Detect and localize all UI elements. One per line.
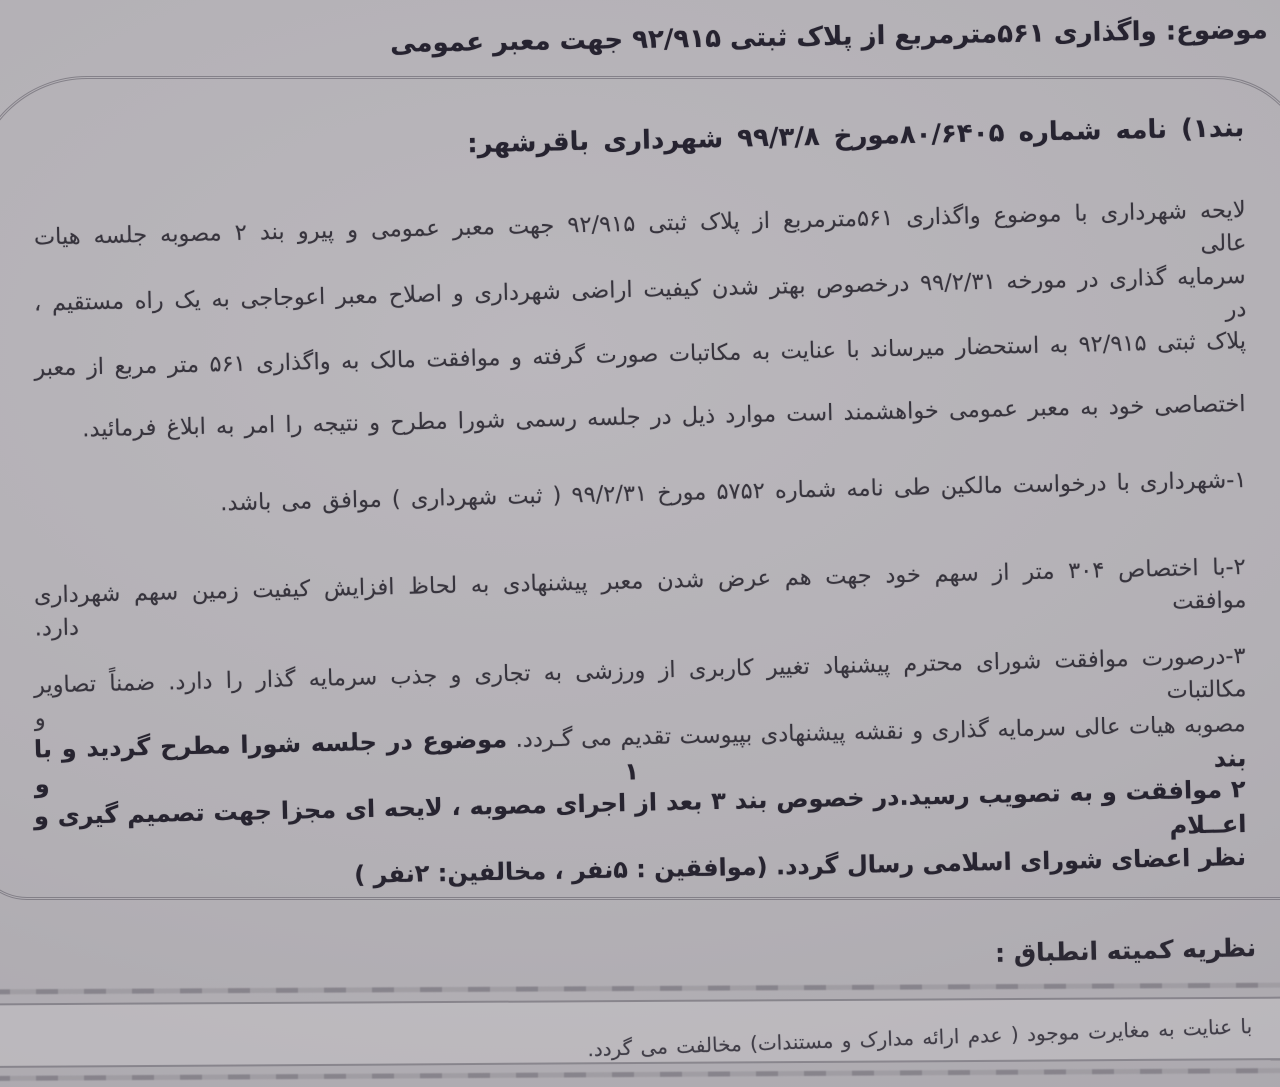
rule-line-bottom-thick: [0, 1068, 1280, 1081]
subject-line: موضوع: واگذاری ۵۶۱مترمربع از پلاک ثبتی ۹…: [390, 12, 1268, 63]
committee-heading: نظریه کمیته انطباق :: [995, 930, 1257, 972]
rule-line-top-thin: [0, 997, 1280, 1006]
scanned-document-page: موضوع: واگذاری ۵۶۱مترمربع از پلاک ثبتی ۹…: [0, 0, 1280, 1087]
band1-paragraph-line-4: اختصاصی خود به معبر عمومی خواهشمند است م…: [82, 388, 1246, 446]
band1-heading: بند۱) نامه شماره ۸۰/۶۴۰۵مورخ ۹۹/۳/۸ شهرد…: [467, 110, 1245, 164]
band1-item-1: ۱-شهرداری با درخواست مالکین طی نامه شمار…: [219, 464, 1246, 520]
rule-line-top-thick: [0, 983, 1280, 995]
committee-opinion: با عنایت به مغایرت موجود ( عدم ارائه مدا…: [587, 1012, 1253, 1064]
band1-item-2: ۲-با اختصاص ۳۰۴ متر از سهم خود جهت هم عر…: [34, 551, 1247, 645]
